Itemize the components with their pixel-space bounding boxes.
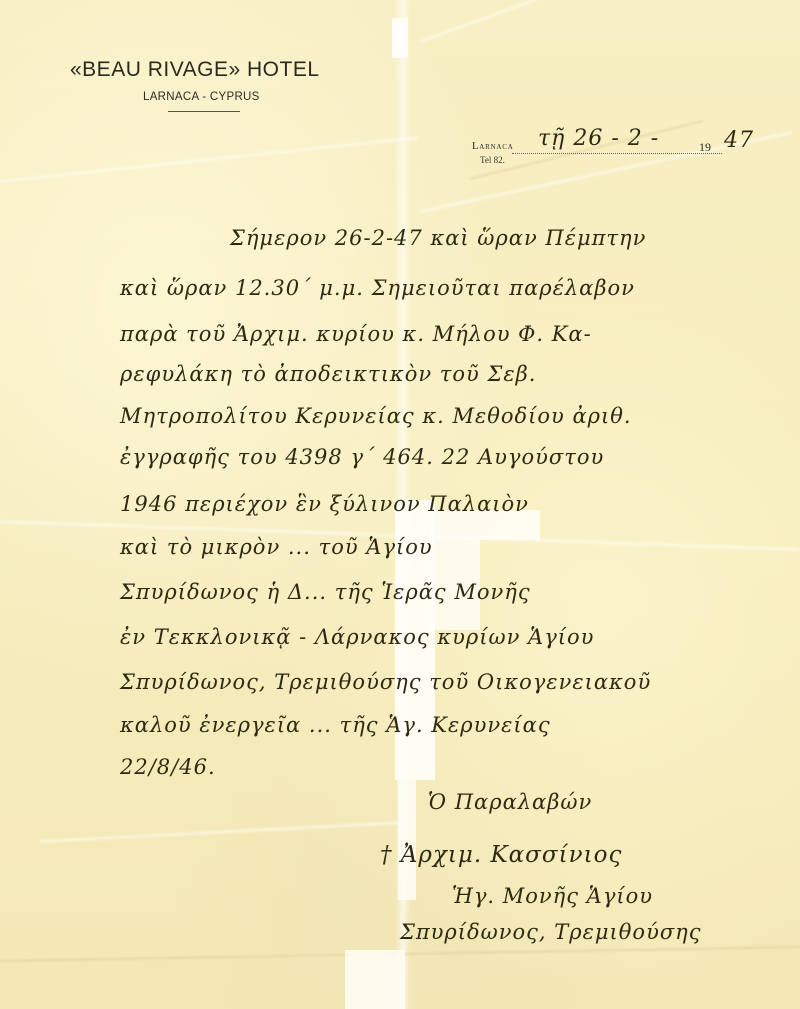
signature-role: Ἡγ. Μονῆς Ἁγίου [452,884,653,908]
tear-patch [345,950,405,1009]
hotel-name: «BEAU RIVAGE» HOTEL [70,58,320,82]
printed-year-prefix: 19 [699,140,711,155]
place-label: Larnaca [472,141,514,152]
letter-paper: «BEAU RIVAGE» HOTEL LARNACA - CYPRUS Lar… [0,0,800,1009]
crease [0,136,418,183]
handwritten-date: τῇ 26 - 2 - [538,126,659,151]
body-line: 22/8/46. [120,755,216,779]
body-line: ἐγγραφῆς του 4398 γ΄ 464. 22 Αυγούστου [120,445,604,469]
body-line: καλοῦ ἐνεργεῖα ... τῆς Ἁγ. Κερυνείας [120,713,551,737]
hotel-location: LARNACA - CYPRUS [143,91,260,103]
tear-patch [398,780,416,900]
signature-title: Ὁ Παραλαβών [428,790,592,814]
tear-patch [392,18,408,58]
body-line: καὶ ὥραν 12.30΄ μ.μ. Σημειοῦται παρέλαβο… [120,276,635,300]
body-line: 1946 περιέχον ἓν ξύλινον Παλαιὸν [120,492,529,516]
body-line: παρὰ τοῦ Ἀρχιμ. κυρίου κ. Μήλου Φ. Κα- [120,322,592,346]
body-line: Σήμερον 26-2-47 καὶ ὥραν Πέμπτην [230,226,646,250]
body-line: ρεφυλάκη τὸ ἀποδεικτικὸν τοῦ Σεβ. [120,362,536,386]
signature-name: † Ἀρχιμ. Κασσίνιος [380,842,622,868]
body-line: ἐν Τεκκλονικᾷ - Λάρνακος κυρίων Ἁγίου [120,625,594,649]
crease [420,0,609,43]
body-line: καὶ τὸ μικρὸν ... τοῦ Ἁγίου [120,535,433,559]
handwritten-year: 47 [724,128,754,153]
body-line: Σπυρίδωνος, Τρεμιθούσης τοῦ Οικογενειακο… [120,670,651,694]
signature-monastery: Σπυρίδωνος, Τρεμιθούσης [400,920,702,944]
crease [40,821,400,843]
body-line: Σπυρίδωνος ἡ Δ... τῆς Ἱερᾶς Μονῆς [120,580,531,604]
telephone-label: Tel 82. [480,155,505,165]
date-dotted-line [512,153,722,154]
body-line: Μητροπολίτου Κερυνείας κ. Μεθοδίου ἀριθ. [120,404,632,428]
letterhead-divider [168,111,240,112]
